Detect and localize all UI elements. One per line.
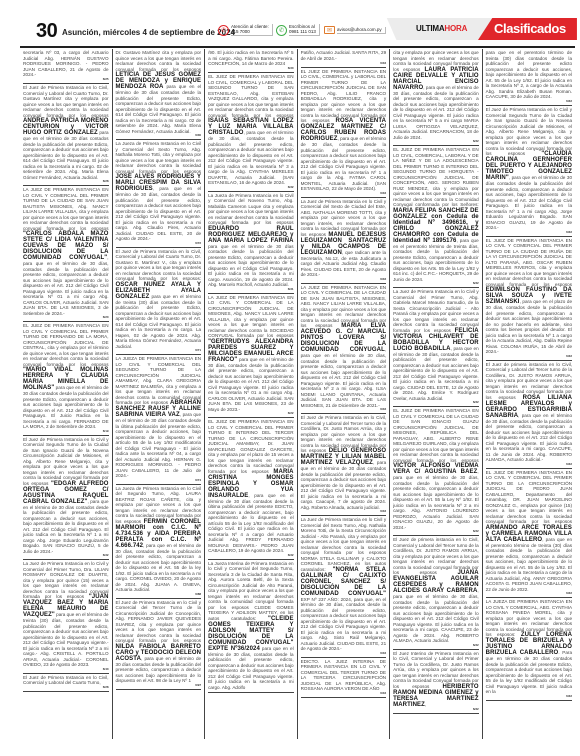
notice-code: 6/32: [301, 652, 387, 655]
notice-code: 6/32: [486, 592, 572, 595]
legal-notice: Patiño, Actuario Judicial. SANTA RITA, 2…: [301, 49, 387, 68]
legal-notice: EL JUEZ DE PRIMERA INSTANCIA EN LO CIVIL…: [208, 73, 294, 192]
legal-notice: /90. El juicio radica en la Secretaría N…: [208, 49, 294, 73]
notice-code: 6/30: [208, 67, 294, 70]
legal-notice: EL JUEZ DE PRIMERA INSTANCIA EN LO CIVIL…: [486, 237, 572, 361]
legal-notice: El Juez de Primera Instancia en lo Civil…: [23, 436, 109, 561]
notice-code: 6/72: [116, 242, 202, 245]
legal-notice: Dr. Gustavo Martínez cita y emplaza por …: [116, 49, 202, 140]
email-address[interactable]: avisos@uhora.com.py: [337, 27, 386, 34]
column-2: Dr. Gustavo Martínez cita y emplaza por …: [113, 49, 206, 739]
notice-text-continued: para que en el término de 30 días contad…: [23, 130, 109, 180]
notice-text: El Juez de Primera Instancia en lo Civil…: [116, 249, 202, 282]
notice-code: 6/71: [116, 349, 202, 352]
notice-code: 6/32: [393, 644, 479, 647]
column-1: secretaría Nº 03, a cargo del Actuario J…: [20, 49, 113, 739]
notice-text: para que en el perentorio término de tre…: [486, 50, 572, 99]
notice-code: 6/32: [301, 278, 387, 281]
notice-code: 6/32: [486, 695, 572, 698]
notice-parties: ANDREA PATRICIA MORENO CENTURION y VICTO…: [23, 118, 109, 136]
notice-text-continued: para que en el término de 30 días, conta…: [208, 357, 294, 412]
classifieds-columns: secretaría Nº 03, a cargo del Actuario J…: [20, 49, 575, 739]
legal-notice: La Jueza de Primera Instancia en lo Civi…: [116, 140, 202, 248]
legal-notice: LA JUEZ DE PRIMERA INSTANCIA EN LO CIVIL…: [208, 294, 294, 419]
whatsapp-number: 0981 111 013: [289, 29, 316, 34]
section-title: Clasificados: [494, 21, 566, 36]
notice-text-continued: , para que en el término de 30 días, con…: [393, 469, 479, 530]
legal-notice: La Juez de Primera Instancia en lo Civil…: [301, 516, 387, 658]
ultimahora-logo: ULTIMAHORA: [416, 24, 467, 33]
notice-code: 6/40: [23, 668, 109, 671]
notice-text-continued: para que en el término de treinta (30) d…: [116, 294, 202, 349]
notice-text-continued: , para que en el término de 30 días cont…: [486, 175, 572, 230]
notice-text-continued: para que en el término de 30 días contad…: [208, 244, 294, 288]
whatsapp-icon: ✆: [276, 25, 287, 36]
notice-code: 6/88: [116, 593, 202, 596]
notice-code: 6/32: [23, 554, 109, 557]
notice-code: 6/32: [486, 463, 572, 466]
notice-text: /90. El juicio radica en la Secretaría N…: [208, 50, 294, 66]
brand-band: ULTIMAHORA Clasificados: [382, 18, 580, 40]
notice-text: LA JUEZ DE PRIMERA INSTANCIA EN LO CIVIL…: [301, 285, 387, 329]
whatsapp-contact: ✆ Escríbinos al 0981 111 013: [276, 24, 320, 36]
legal-notice: EL JUEZ DE PRIMERA INSTANCIA EN LO CIVIL…: [301, 68, 387, 198]
notice-text-continued: , para que en el término de 30 días, con…: [116, 186, 202, 241]
notice-text: EL JUEZ DE PRIMERA INSTANCIA EN LO CIVIL…: [208, 419, 294, 474]
legal-notice: El Juez de Primera Instancia en lo Civil…: [486, 106, 572, 237]
notice-text: EL JUEZ DE PRIMERA INSTANCIA EN LO CIVIL…: [486, 470, 572, 525]
header-rule: [20, 46, 575, 48]
notice-text-continued: , para que en el perentorio término de t…: [486, 537, 572, 592]
notice-text-continued: , para que en el término de 30 días cont…: [23, 499, 109, 554]
notice-text: EL JUEZ DE PRIMERA INSTANCIA EN LO CIVIL…: [208, 74, 294, 118]
notice-text-continued: , para que en el término de 30 días, con…: [393, 588, 479, 643]
legal-notice: EL JUEZ DE PRIMERA INSTANCIA EN LO CIVIL…: [393, 146, 479, 288]
notice-text-continued: , para que en el término de 30 días, con…: [116, 543, 202, 593]
notice-code: 6/97: [116, 684, 202, 687]
notice-text: EL JUEZ DE PRIMERA INSTANCIA EN LO CIVIL…: [486, 238, 572, 287]
legal-notice: La Juez de Primera Instancia en lo Civil…: [301, 198, 387, 284]
legal-notice: La Jueza de Primera Instancia en lo Civi…: [116, 485, 202, 599]
notice-text: LA JUEZ DE PRIMERA INSTANCIA EN LO CIVIL…: [208, 295, 294, 339]
column-6: para que en el perentorio término de tre…: [483, 49, 575, 739]
customer-service-number: 415 7000: [231, 29, 269, 34]
notice-text-continued: ,: [425, 702, 426, 707]
notice-text-continued: para que en el término de 30 días contad…: [23, 385, 109, 429]
notice-text-continued: , para que en el término de 30 días, con…: [301, 347, 387, 408]
notice-text-continued: , para que en el término de 30 días, con…: [301, 136, 387, 191]
notice-code: 6/32: [301, 510, 387, 513]
notice-code: 6/32: [486, 100, 572, 103]
notice-text: La Jueza Interina de Primera Instancia e…: [208, 561, 294, 621]
page-number: 30: [36, 20, 57, 43]
notice-text-continued: EXP Nº 237 AÑO: 2024, para que, en el té…: [301, 597, 387, 652]
notice-text-continued: , para que en el término de 30 días cont…: [116, 412, 202, 478]
notice-parties: "CARLOS ABDALA MAZO STETE C/ LIDIA VALEN…: [23, 231, 109, 261]
legal-notice: LA JUEZA DE PRIMERA INSTANCIA EN LO CIVI…: [486, 598, 572, 701]
notice-text-continued: , para que en el término de 30 días, con…: [393, 85, 479, 140]
notice-code: 6/32: [301, 62, 387, 65]
column-4: Patiño, Actuario Judicial. SANTA RITA, 2…: [298, 49, 391, 739]
notice-code: 6/30: [116, 134, 202, 137]
publication-date: Asunción, miércoles 4 de septiembre de 2…: [62, 28, 235, 37]
notice-text-continued: , para que en el término de 30 días, con…: [208, 130, 294, 185]
legal-notice: EL JUEZ DE PRIMERA INSTANCIA EN LO CIVIL…: [208, 418, 294, 560]
legal-notice: LA JUEZA DE PRIMERA INSTANCIA EN LO CIVI…: [116, 355, 202, 485]
customer-service-contact: ✆ Atención al cliente: 415 7000: [218, 24, 273, 36]
legal-notice: EDICTO. LA JUEZ INTERINA DE PRIMERA INST…: [301, 658, 387, 699]
legal-notice: El Juez de Primera Instancia en lo Civil…: [116, 599, 202, 690]
legal-notice: La Juez de Primera Instancia en lo Civil…: [23, 560, 109, 674]
notice-code: 6/32: [486, 355, 572, 358]
notice-parties: VICTOR ALFONSO VIEDMA VERA C/ AGUSTINA B…: [393, 463, 479, 475]
notice-text-continued: , para que en el perentorio término de t…: [393, 238, 479, 282]
notice-code: 6/32: [301, 692, 387, 695]
notice-code: 6/25: [23, 78, 109, 81]
notice-text-continued: , para que en el término de 30 días cont…: [208, 493, 294, 554]
column-3: /90. El juicio radica en la Secretaría N…: [205, 49, 298, 739]
notice-text: El Juez de Primera Instancia en lo Civil…: [116, 600, 202, 644]
email-contact: ✉ avisos@uhora.com.py: [324, 26, 386, 34]
legal-notice: para que en el perentorio término de tre…: [486, 49, 572, 106]
notice-text: EL JUEZ DE PRIMERA INSTANCIA EN LO CIVIL…: [393, 147, 479, 207]
notice-text: La Juez de Primera Instancia en lo Civil…: [393, 289, 479, 333]
phone-icon: ✆: [218, 25, 229, 36]
notice-text: LA JUEZA DE PRIMERA INSTANCIA EN LO CIVI…: [116, 356, 202, 405]
notice-text: LA JUEZ DE PRIMERA INSTANCIA EN LO CIVIL…: [23, 187, 109, 231]
notice-text-continued: para que en el término de 30 días contad…: [116, 84, 202, 134]
notice-text: La Jueza de Primera Instancia en lo Civi…: [116, 141, 202, 174]
legal-notice: LA JUEZ DE PRIMERA INSTANCIA EN LO CIVIL…: [23, 186, 109, 322]
notice-text-continued: para que en el término de treinta (30) d…: [23, 612, 109, 667]
notice-code: 6/32: [393, 401, 479, 404]
legal-notice: El Juez de Primera Instancia en lo Civil…: [116, 248, 202, 356]
notice-code: 6/74: [116, 479, 202, 482]
notice-text: EL JUEZ DE PRIMERA INSTANCIA EN LO CIVIL…: [23, 323, 109, 367]
notice-text: EDICTO. LA JUEZ INTERINA DE PRIMERA INST…: [301, 659, 387, 692]
notice-code: 6/32: [208, 554, 294, 557]
notice-code: 6/28: [23, 180, 109, 183]
notice-text: El Juez de Primera Instancia en lo Civil…: [23, 437, 109, 486]
logo-ultima: ULTIMA: [416, 24, 444, 33]
legal-notice: El Juez de primera instancia en lo Civil…: [393, 536, 479, 650]
notice-code: 6/22: [208, 412, 294, 415]
notice-text: La Jueza de Primera Instancia en lo Civi…: [208, 193, 294, 226]
notice-text: EL JUEZ DE PRIMERA INSTANCIA EN LO CIVIL…: [393, 408, 479, 463]
legal-notice: LA JUEZ DE PRIMERA INSTANCIA EN LO CIVIL…: [301, 284, 387, 415]
legal-notice: La Jueza Interina de Primera Instancia e…: [208, 560, 294, 694]
notice-parties: EDUARDO RAUL RODRIGUEZ MELGAREJO y ANA M…: [208, 226, 294, 244]
notice-code: 6/28: [23, 686, 109, 689]
legal-notice: La Jueza de Primera Instancia en lo Civi…: [208, 192, 294, 294]
notice-text-continued: , para que en el término de 30 días, con…: [393, 346, 479, 401]
notice-text: El Juez de Primera Instancia en lo Civil…: [23, 675, 109, 686]
notice-text: Patiño, Actuario Judicial. SANTA RITA, 2…: [301, 50, 387, 61]
notice-text-continued: para que en el término de 30 días, conta…: [208, 646, 294, 690]
notice-code: 6/32: [486, 231, 572, 234]
notice-text-continued: . Para que en término de 30 días contado…: [486, 650, 572, 694]
notice-text: Dr. Gustavo Martínez cita y emplaza por …: [116, 50, 202, 72]
notice-code: 6/32: [393, 530, 479, 533]
notice-code: 6/19: [23, 430, 109, 433]
notice-code: 6/32: [208, 186, 294, 189]
notice-code: 6/31: [208, 288, 294, 291]
notice-code: 6/20: [23, 316, 109, 319]
legal-notice: cita y emplaza por quince veces a los qu…: [393, 49, 479, 146]
notice-text-continued: , para que en el plazo de 30 días, conta…: [486, 299, 572, 354]
legal-notice: El Juez Interino de Primera Instancia en…: [393, 650, 479, 714]
logo-hora: HORA: [444, 24, 467, 33]
notice-text-continued: , para que en el término de 30 días, con…: [23, 255, 109, 316]
legal-notice: El Juez de Primera Instancia en lo Civil…: [23, 84, 109, 186]
envelope-icon: ✉: [324, 26, 335, 34]
legal-notice: EL JUEZ DE PRIMERA INSTANCIA EN LO CIVIL…: [486, 469, 572, 599]
legal-notice: El Juez de primera instancia en lo Civil…: [486, 361, 572, 469]
notice-text: El Juez de Primera Instancia en lo Civil…: [23, 85, 109, 118]
notice-text: secretaría Nº 03, a cargo del Actuario J…: [23, 50, 109, 77]
legal-notice: El Juez de Primera Instancia en lo Civil…: [301, 414, 387, 516]
section-banner: Clasificados: [478, 18, 580, 40]
legal-notice: El Juez de Primera Instancia en lo Civil…: [23, 674, 109, 693]
notice-code: 6/32: [393, 282, 479, 285]
legal-notice: secretaría Nº 03, a cargo del Actuario J…: [23, 49, 109, 84]
notice-text: El Juez de Primera Instancia en lo Civil…: [486, 107, 572, 156]
notice-code: 6/32: [301, 192, 387, 195]
legal-notice: EL JUEZ DE PRIMERA INSTANCIA EN LO CIVIL…: [393, 407, 479, 536]
notice-text-continued: , para que en el término de 30 días cont…: [301, 460, 387, 510]
notice-code: 6/32: [393, 708, 479, 711]
legal-notice: La Juez de Primera Instancia en lo Civil…: [393, 288, 479, 407]
notice-code: 6/32: [393, 140, 479, 143]
notice-text: EL JUEZ DE PRIMERA INSTANCIA EN LO CIVIL…: [301, 69, 387, 124]
legal-notice: EL JUEZ DE PRIMERA INSTANCIA EN LO CIVIL…: [23, 322, 109, 436]
column-5: cita y emplaza por quince veces a los qu…: [390, 49, 483, 739]
notice-code: 6/32: [301, 408, 387, 411]
notice-text: La Juez de Primera Instancia en lo Civil…: [301, 517, 387, 572]
page-header: 30 Asunción, miércoles 4 de septiembre d…: [0, 17, 580, 45]
notice-text-continued: , para que en el término de 30 días, con…: [486, 413, 572, 463]
